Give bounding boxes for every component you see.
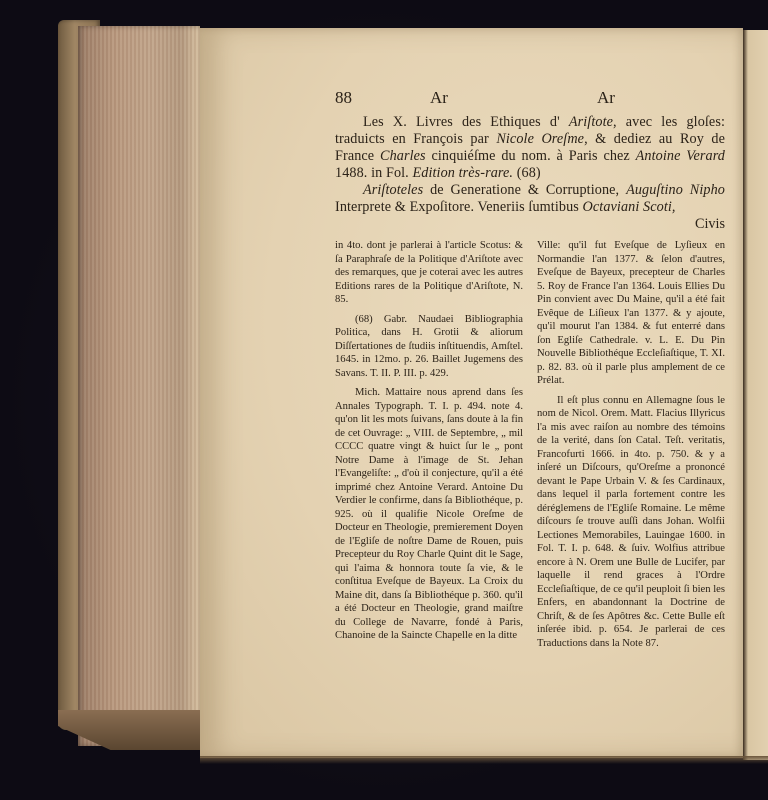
- entry-italic: Nicole Oreſme: [496, 131, 584, 147]
- left-paragraph: Mich. Mattaire nous aprend dans ſes Anna…: [335, 386, 523, 643]
- entry-italic: Auguſtino Nipho: [626, 182, 725, 198]
- entry-italic: Octaviani Scoti,: [583, 199, 676, 215]
- entry-text: 1488. in Fol.: [335, 165, 412, 181]
- page-bottom-shadow: [200, 756, 768, 764]
- facing-page-edge: [743, 30, 768, 760]
- left-column: in 4to. dont je parlerai à l'article Sco…: [335, 239, 523, 650]
- entry-italic: Ariſtote: [569, 114, 613, 130]
- right-paragraph: Ville: qu'il fut Eveſque de Lyſieux en N…: [537, 239, 725, 388]
- right-paragraph: Il eſt plus connu en Allemagne ſous le n…: [537, 394, 725, 651]
- left-paragraph: in 4to. dont je parlerai à l'article Sco…: [335, 239, 523, 307]
- running-head-left: Ar: [430, 88, 448, 108]
- entry-text: (68): [513, 165, 541, 181]
- entry-italic: Edition très-rare.: [412, 165, 513, 181]
- left-paragraph: (68) Gabr. Naudaei Bibliographia Politic…: [335, 313, 523, 381]
- page-block-edges: [78, 26, 200, 746]
- entry-italic: Antoine Verard: [636, 148, 725, 164]
- entry-text: Les X. Livres des Ethiques d': [363, 114, 569, 130]
- notes-columns: in 4to. dont je parlerai à l'article Sco…: [335, 239, 725, 650]
- right-column: Ville: qu'il fut Eveſque de Lyſieux en N…: [537, 239, 725, 650]
- entry-italic: Charles: [380, 148, 426, 164]
- running-head-right: Ar: [597, 88, 615, 108]
- entry-ethiques: Les X. Livres des Ethiques d' Ariſtote, …: [335, 114, 725, 182]
- entry-text: cinquiéſme du nom. à Paris chez: [426, 148, 636, 164]
- entry-generatione: Ariſtoteles de Generatione & Corruptione…: [335, 182, 725, 216]
- entry-text: de Generatione & Corruptione,: [423, 182, 626, 198]
- page-content: 88 Ar Ar Les X. Livres des Ethiques d' A…: [335, 88, 725, 650]
- page-number: 88: [335, 88, 352, 108]
- entry-italic: Ariſtoteles: [363, 182, 423, 198]
- entry-tail: Civis: [335, 216, 725, 233]
- running-head: 88 Ar Ar: [335, 88, 725, 112]
- entry-text: Interprete & Expoſitore. Veneriis ſumtib…: [335, 199, 583, 215]
